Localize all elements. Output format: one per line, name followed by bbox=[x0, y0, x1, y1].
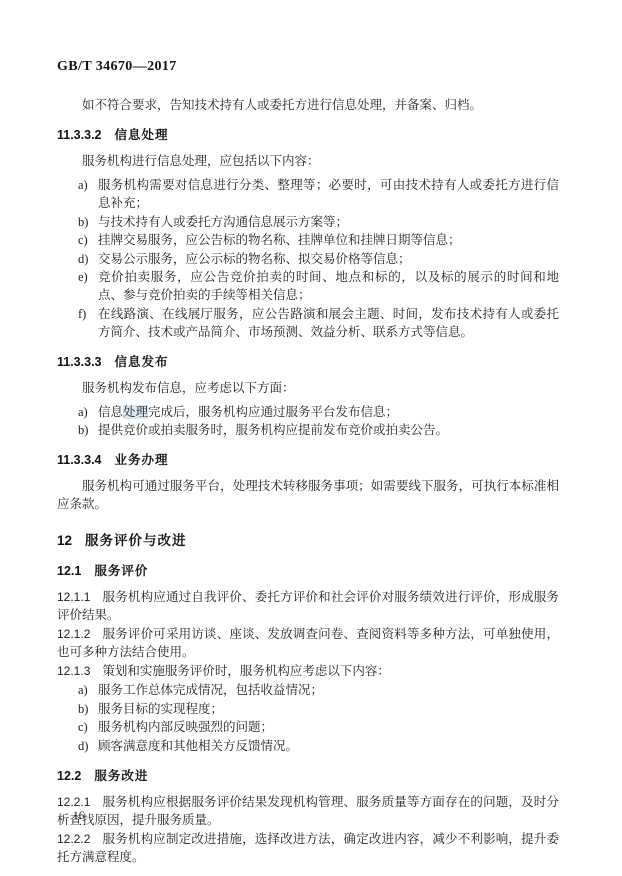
list-item: d) 顾客满意度和其他相关方反馈情况。 bbox=[57, 737, 559, 755]
clause-number: 12.1.2 bbox=[57, 627, 90, 641]
clause-text: 服务机构应制定改进措施，选择改进方法，确定改进内容，减少不利影响，提升委托方满意… bbox=[57, 832, 559, 864]
text-highlight: 处理 bbox=[123, 405, 148, 419]
section-heading-11-3-3-4: 11.3.3.4业务办理 bbox=[57, 451, 559, 469]
list-item: a) 服务机构需要对信息进行分类、整理等；必要时，可由技术持有人或委托方进行信息… bbox=[57, 176, 559, 212]
list-item-text: 提供竞价或拍卖服务时，服务机构应提前发布竞价或拍卖公告。 bbox=[98, 423, 448, 437]
list-item: a) 信息处理完成后，服务机构应通过服务平台发布信息； bbox=[57, 403, 559, 421]
list-item-text: 服务机构内部反映强烈的问题； bbox=[98, 720, 273, 734]
list-item-text: 竞价拍卖服务，应公告竞价拍卖的时间、地点和标的，以及标的展示的时间和地点、参与竞… bbox=[98, 270, 559, 302]
clause-text: 策划和实施服务评价时，服务机构应考虑以下内容： bbox=[102, 664, 390, 678]
section-heading-12-1: 12.1服务评价 bbox=[57, 562, 559, 580]
clause-12-2-1: 12.2.1服务机构应根据服务评价结果发现机构管理、服务质量等方面存在的问题，及… bbox=[57, 793, 559, 829]
list-item-text: 服务目标的实现程度； bbox=[98, 702, 223, 716]
section-title: 服务改进 bbox=[94, 769, 148, 783]
chapter-title: 服务评价与改进 bbox=[85, 533, 187, 548]
clause-number: 12.1.3 bbox=[57, 664, 90, 678]
section-number: 12.2 bbox=[57, 769, 81, 783]
clause-number: 12.2.2 bbox=[57, 832, 90, 846]
list-item-label: b) bbox=[78, 700, 88, 718]
list-item: f) 在线路演、在线展厅服务，应公告路演和展会主题、时间，发布技术持有人或委托方… bbox=[57, 305, 559, 341]
list-item-label: d) bbox=[78, 250, 88, 268]
page-content: 如不符合要求，告知技术持有人或委托方进行信息处理，并备案、归档。 11.3.3.… bbox=[57, 90, 559, 867]
list-item-text: 挂牌交易服务，应公告标的物名称、挂牌单位和挂牌日期等信息； bbox=[98, 233, 461, 247]
section-title: 信息处理 bbox=[115, 128, 169, 142]
text-segment: 信息 bbox=[98, 405, 123, 419]
section-title: 服务评价 bbox=[94, 564, 148, 578]
section-heading-11-3-3-2: 11.3.3.2信息处理 bbox=[57, 126, 559, 144]
section-title: 业务办理 bbox=[115, 453, 169, 467]
clause-12-1-3: 12.1.3策划和实施服务评价时，服务机构应考虑以下内容： bbox=[57, 662, 559, 680]
section-heading-11-3-3-3: 11.3.3.3信息发布 bbox=[57, 353, 559, 371]
clause-12-1-1: 12.1.1服务机构应通过自我评价、委托方评价和社会评价对服务绩效进行评价，形成… bbox=[57, 588, 559, 624]
section-number: 11.3.3.2 bbox=[57, 128, 102, 142]
list-item-label: a) bbox=[78, 403, 88, 421]
list-item-text: 服务工作总体完成情况，包括收益情况； bbox=[98, 683, 323, 697]
list-item-text: 在线路演、在线展厅服务，应公告路演和展会主题、时间，发布技术持有人或委托方简介、… bbox=[98, 307, 559, 339]
list-item-label: b) bbox=[78, 213, 88, 231]
list-item: c) 服务机构内部反映强烈的问题； bbox=[57, 718, 559, 736]
list-item-label: a) bbox=[78, 681, 88, 699]
clause-number: 12.1.1 bbox=[57, 590, 90, 604]
section-title: 信息发布 bbox=[115, 355, 169, 369]
chapter-heading-12: 12服务评价与改进 bbox=[57, 531, 559, 550]
section-number: 11.3.3.3 bbox=[57, 355, 102, 369]
list-item-text: 与技术持有人或委托方沟通信息展示方案等； bbox=[98, 215, 348, 229]
section-number: 12.1 bbox=[57, 564, 81, 578]
intro-paragraph: 如不符合要求，告知技术持有人或委托方进行信息处理，并备案、归档。 bbox=[57, 96, 559, 114]
list-item-label: c) bbox=[78, 231, 88, 249]
lettered-list: a) 服务机构需要对信息进行分类、整理等；必要时，可由技术持有人或委托方进行信息… bbox=[57, 176, 559, 341]
list-item-label: a) bbox=[78, 176, 88, 194]
list-item-label: d) bbox=[78, 737, 88, 755]
list-item-label: b) bbox=[78, 421, 88, 439]
list-item: b) 服务目标的实现程度； bbox=[57, 700, 559, 718]
document-page: GB/T 34670—2017 如不符合要求，告知技术持有人或委托方进行信息处理… bbox=[0, 0, 622, 876]
list-item: e) 竞价拍卖服务，应公告竞价拍卖的时间、地点和标的，以及标的展示的时间和地点、… bbox=[57, 268, 559, 304]
doc-number: GB/T 34670—2017 bbox=[57, 59, 177, 75]
list-item: c) 挂牌交易服务，应公告标的物名称、挂牌单位和挂牌日期等信息； bbox=[57, 231, 559, 249]
list-item-label: f) bbox=[78, 305, 86, 323]
list-item-text: 服务机构需要对信息进行分类、整理等；必要时，可由技术持有人或委托方进行信息补充； bbox=[98, 178, 559, 210]
clause-12-1-2: 12.1.2服务评价可采用访谈、座谈、发放调查问卷、查阅资料等多种方法，可单独使… bbox=[57, 625, 559, 661]
list-item-label: c) bbox=[78, 718, 88, 736]
list-item-label: e) bbox=[78, 268, 88, 286]
body-paragraph: 服务机构可通过服务平台，处理技术转移服务事项；如需要线下服务，可执行本标准相应条… bbox=[57, 477, 559, 513]
page-number: 16 bbox=[73, 810, 85, 822]
clause-text: 服务机构应通过自我评价、委托方评价和社会评价对服务绩效进行评价，形成服务评价结果… bbox=[57, 590, 559, 622]
text-segment: 完成后，服务机构应通过服务平台发布信息； bbox=[148, 405, 398, 419]
clause-number: 12.2.1 bbox=[57, 795, 90, 809]
list-item-text: 交易公示服务，应公示标的物名称、拟交易价格等信息； bbox=[98, 252, 411, 266]
list-item: b) 与技术持有人或委托方沟通信息展示方案等； bbox=[57, 213, 559, 231]
lettered-list: a) 信息处理完成后，服务机构应通过服务平台发布信息； b) 提供竞价或拍卖服务… bbox=[57, 403, 559, 440]
list-item: b) 提供竞价或拍卖服务时，服务机构应提前发布竞价或拍卖公告。 bbox=[57, 421, 559, 439]
lead-paragraph: 服务机构发布信息，应考虑以下方面： bbox=[57, 379, 559, 397]
list-item-text: 信息处理完成后，服务机构应通过服务平台发布信息； bbox=[98, 405, 398, 419]
lettered-list: a) 服务工作总体完成情况，包括收益情况； b) 服务目标的实现程度； c) 服… bbox=[57, 681, 559, 755]
list-item-text: 顾客满意度和其他相关方反馈情况。 bbox=[98, 739, 298, 753]
clause-text: 服务机构应根据服务评价结果发现机构管理、服务质量等方面存在的问题，及时分析查找原… bbox=[57, 795, 559, 827]
list-item: d) 交易公示服务，应公示标的物名称、拟交易价格等信息； bbox=[57, 250, 559, 268]
clause-text: 服务评价可采用访谈、座谈、发放调查问卷、查阅资料等多种方法，可单独使用，也可多种… bbox=[57, 627, 559, 659]
clause-12-2-2: 12.2.2服务机构应制定改进措施，选择改进方法，确定改进内容，减少不利影响，提… bbox=[57, 830, 559, 866]
section-heading-12-2: 12.2服务改进 bbox=[57, 767, 559, 785]
chapter-number: 12 bbox=[57, 533, 72, 548]
section-number: 11.3.3.4 bbox=[57, 453, 102, 467]
list-item: a) 服务工作总体完成情况，包括收益情况； bbox=[57, 681, 559, 699]
lead-paragraph: 服务机构进行信息处理，应包括以下内容： bbox=[57, 152, 559, 170]
